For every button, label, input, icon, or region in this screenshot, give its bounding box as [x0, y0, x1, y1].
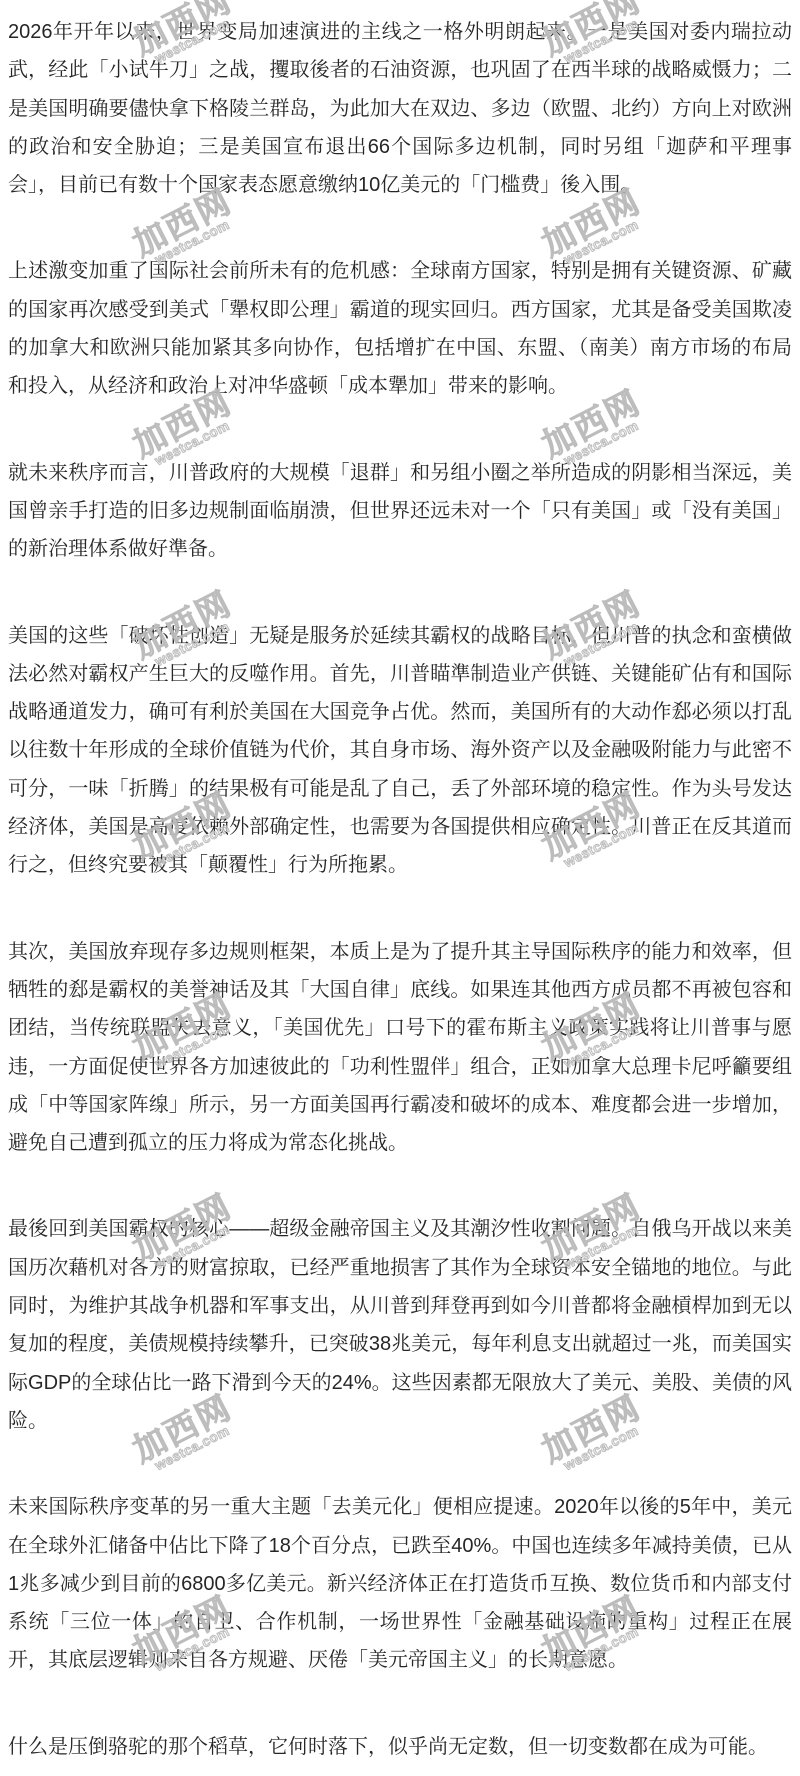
article-paragraph: 就未来秩序而言，川普政府的大规模「退群」和另组小圈之举所造成的阴影相当深远，美国…: [8, 454, 792, 569]
article-paragraph: 其次，美国放弃现存多边规则框架，本质上是为了提升其主导国际秩序的能力和效率，但牺…: [8, 933, 792, 1163]
article-paragraph: 什么是压倒骆驼的那个稻草，它何时落下，似乎尚无定数，但一切变数都在成为可能。: [8, 1728, 792, 1766]
article-paragraph: 最後回到美国霸权的核心——超级金融帝国主义及其潮汐性收割问题。自俄乌开战以来美国…: [8, 1210, 792, 1440]
article-paragraph: 美国的这些「破坏性创造」无疑是服务於延续其霸权的战略目标，但川普的执念和蛮横做法…: [8, 617, 792, 885]
article-paragraph: 未来国际秩序变革的另一重大主题「去美元化」便相应提速。2020年以後的5年中，美…: [8, 1488, 792, 1679]
article-body: 2026年开年以来，世界变局加速演进的主线之一格外明朗起来。一是美国对委内瑞拉动…: [0, 0, 800, 1766]
article-paragraph: 2026年开年以来，世界变局加速演进的主线之一格外明朗起来。一是美国对委内瑞拉动…: [8, 13, 792, 204]
article-paragraph: 上述激变加重了国际社会前所未有的危机感：全球南方国家，特别是拥有关键资源、矿藏的…: [8, 252, 792, 405]
